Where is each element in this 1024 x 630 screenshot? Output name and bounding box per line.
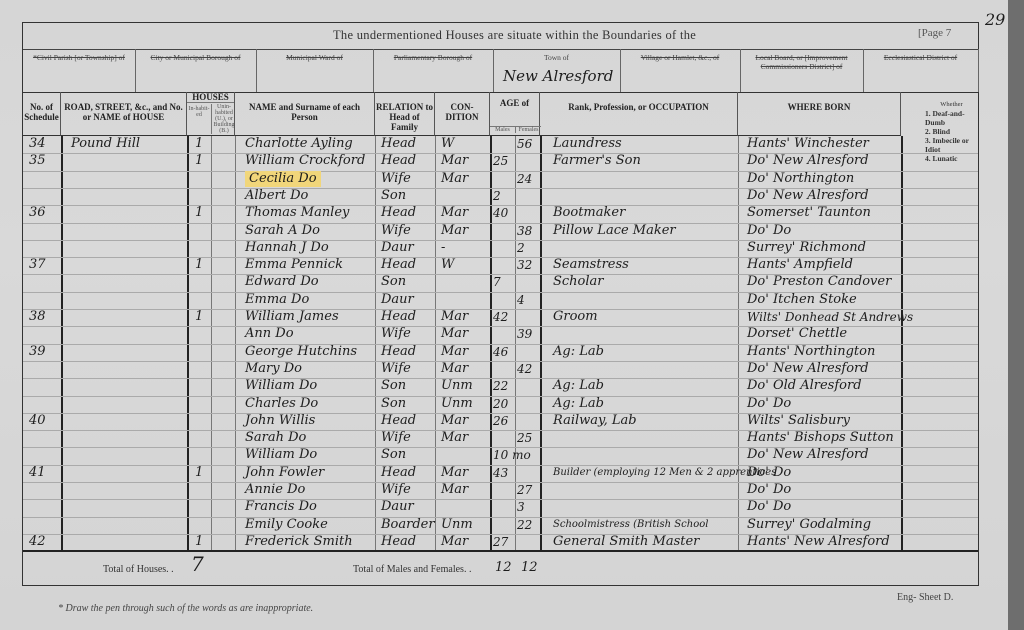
relation: Head <box>381 465 416 481</box>
schedule-number: 38 <box>29 309 46 325</box>
header-relation-label: RELATION to Head of Family <box>375 92 434 132</box>
male-age: 20 <box>493 396 508 412</box>
male-age: 25 <box>493 153 508 169</box>
table-row: William DoSonUnm22Ag: LabDo' Old Alresfo… <box>23 378 978 395</box>
relation: Wife <box>381 482 411 498</box>
location-cell: Ecclesiastical District of <box>863 49 979 92</box>
header-name-label: NAME and Surname of each Person <box>235 92 374 122</box>
table-row: William DoSon10 moDo' New Alresford <box>23 447 978 464</box>
table-row: Edward DoSon7ScholarDo' Preston Candover <box>23 274 978 291</box>
header-condition-label: CON-DITION <box>435 92 489 122</box>
where-born: Hants' Northington <box>747 344 875 360</box>
relation: Head <box>381 309 416 325</box>
schedule-number: 34 <box>29 136 46 152</box>
person-name: William Crockford <box>245 153 365 169</box>
condition: Mar <box>441 413 468 429</box>
relation: Wife <box>381 223 411 239</box>
header-condition: CON-DITION <box>435 92 490 136</box>
occupation: Railway, Lab <box>553 413 637 429</box>
occupation: Builder (employing 12 Men & 2 apprentice… <box>553 465 776 481</box>
schedule-number: 40 <box>29 413 46 429</box>
relation: Son <box>381 188 406 204</box>
schedule-number: 36 <box>29 205 46 221</box>
condition: Mar <box>441 465 468 481</box>
male-age: 43 <box>493 465 508 481</box>
table-row: 40John WillisHeadMar26Railway, LabWilts'… <box>23 413 978 430</box>
whether-title: Whether <box>925 100 978 109</box>
header-age-label: AGE of <box>490 92 539 108</box>
condition: Unm <box>441 378 473 394</box>
relation: Boarder <box>381 517 435 533</box>
where-born: Wilts' Salisbury <box>747 413 850 429</box>
table-row: 381William JamesHeadMar42GroomWilts' Don… <box>23 309 978 326</box>
relation: Son <box>381 447 406 463</box>
header-schedule-label: No. of Schedule <box>23 92 60 122</box>
header-inhabited: In-habit-ed <box>187 106 211 118</box>
table-row: 411John FowlerHeadMar43Builder (employin… <box>23 465 978 482</box>
table-row: Albert DoSon2Do' New Alresford <box>23 188 978 205</box>
form-title: The undermentioned Houses are situate wi… <box>333 28 696 43</box>
person-name: Charlotte Ayling <box>245 136 353 152</box>
person-name: Sarah A Do <box>245 223 320 239</box>
female-age: 24 <box>517 171 532 187</box>
table-row: 351William CrockfordHeadMar25Farmer's So… <box>23 153 978 170</box>
where-born: Do' Preston Candover <box>747 274 891 290</box>
condition: Unm <box>441 517 473 533</box>
occupation: Farmer's Son <box>553 153 641 169</box>
header-females: Females <box>515 126 541 133</box>
where-born: Somerset' Taunton <box>747 205 871 221</box>
table-row: Emily CookeBoarderUnm22Schoolmistress (B… <box>23 517 978 534</box>
where-born: Do' New Alresford <box>747 153 869 169</box>
schedule-number: 35 <box>29 153 46 169</box>
table-row: Hannah J DoDaur-2Surrey' Richmond <box>23 240 978 257</box>
male-age: 46 <box>493 344 508 360</box>
table-row: 361Thomas ManleyHeadMar40BootmakerSomers… <box>23 205 978 222</box>
condition: Mar <box>441 326 468 342</box>
female-age: 27 <box>517 482 532 498</box>
totals-row: Total of Houses. . 7 Total of Males and … <box>23 550 978 587</box>
location-cell: Parliamentary Borough of <box>373 49 494 92</box>
table-row: Emma DoDaur4Do' Itchen Stoke <box>23 292 978 309</box>
where-born: Do' Do <box>747 396 791 412</box>
male-age: 10 mo <box>493 447 531 463</box>
census-form: The undermentioned Houses are situate wi… <box>22 22 979 586</box>
inhabited-mark: 1 <box>195 534 203 550</box>
person-name: William Do <box>245 378 317 394</box>
total-houses-label: Total of Houses. . <box>103 564 174 575</box>
where-born: Do' Do <box>747 465 791 481</box>
total-females: 12 <box>521 560 538 576</box>
location-value: New Alresford <box>503 67 613 85</box>
female-age: 2 <box>517 240 525 256</box>
person-name: Hannah J Do <box>245 240 329 256</box>
where-born: Do' Do <box>747 482 791 498</box>
occupation: Ag: Lab <box>553 344 604 360</box>
header-road-label: ROAD, STREET, &c., and No. or NAME of HO… <box>61 92 186 122</box>
table-row: Francis DoDaur3Do' Do <box>23 499 978 516</box>
title-bar: The undermentioned Houses are situate wi… <box>23 23 978 50</box>
relation: Wife <box>381 430 411 446</box>
occupation: Scholar <box>553 274 604 290</box>
condition: Mar <box>441 223 468 239</box>
occupation: Ag: Lab <box>553 396 604 412</box>
condition: Mar <box>441 361 468 377</box>
header-schedule: No. of Schedule <box>23 92 61 136</box>
person-name: Francis Do <box>245 499 317 515</box>
where-born: Do' Northington <box>747 171 854 187</box>
relation: Head <box>381 136 416 152</box>
table-row: Charles DoSonUnm20Ag: LabDo' Do <box>23 396 978 413</box>
relation: Son <box>381 274 406 290</box>
header-age: AGE ofMalesFemales <box>490 92 540 136</box>
relation: Head <box>381 534 416 550</box>
footnote: * Draw the pen through such of the words… <box>58 603 313 614</box>
occupation: Groom <box>553 309 598 325</box>
location-cell: Village or Hamlet, &c., of <box>620 49 741 92</box>
relation: Daur <box>381 499 414 515</box>
male-age: 27 <box>493 534 508 550</box>
inhabited-mark: 1 <box>195 153 203 169</box>
location-cell: *Civil Parish [or Township] of <box>23 49 136 92</box>
where-born: Hants' Bishops Sutton <box>747 430 894 446</box>
female-age: 42 <box>517 361 532 377</box>
male-age: 26 <box>493 413 508 429</box>
male-age: 7 <box>493 274 501 290</box>
relation: Wife <box>381 361 411 377</box>
table-row: Cecilia DoWifeMar24Do' Northington <box>23 171 978 188</box>
where-born: Do' Do <box>747 223 791 239</box>
location-cell: Local Board, or [Improvement Commissione… <box>740 49 864 92</box>
where-born: Do' Do <box>747 499 791 515</box>
person-name: George Hutchins <box>245 344 357 360</box>
person-name: Emily Cooke <box>245 517 328 533</box>
condition: Mar <box>441 171 468 187</box>
relation: Wife <box>381 171 411 187</box>
inhabited-mark: 1 <box>195 465 203 481</box>
header-occupation: Rank, Profession, or OCCUPATION <box>540 92 738 136</box>
header-houses-label: HOUSES <box>187 92 234 103</box>
condition: Mar <box>441 482 468 498</box>
occupation: Ag: Lab <box>553 378 604 394</box>
header-males: Males <box>490 126 515 133</box>
inhabited-mark: 1 <box>195 309 203 325</box>
where-born: Surrey' Godalming <box>747 517 871 533</box>
person-name: Edward Do <box>245 274 319 290</box>
location-label: Village or Hamlet, &c., of <box>620 49 740 62</box>
person-name: Emma Do <box>245 292 309 308</box>
relation: Head <box>381 344 416 360</box>
relation: Daur <box>381 292 414 308</box>
schedule-number: 41 <box>29 465 46 481</box>
relation: Head <box>381 257 416 273</box>
male-age: 22 <box>493 378 508 394</box>
person-name: Albert Do <box>245 188 308 204</box>
male-age: 2 <box>493 188 501 204</box>
condition: Mar <box>441 153 468 169</box>
person-name: Frederick Smith <box>245 534 353 550</box>
female-age: 3 <box>517 499 525 515</box>
person-name: Mary Do <box>245 361 302 377</box>
table-row: 34Pound Hill1Charlotte AylingHeadW56Laun… <box>23 136 978 153</box>
location-label: Ecclesiastical District of <box>863 49 978 62</box>
female-age: 39 <box>517 326 532 342</box>
location-label: Town of <box>493 49 620 62</box>
person-name: Annie Do <box>245 482 305 498</box>
occupation: Seamstress <box>553 257 629 273</box>
sheet-label: Eng- Sheet D. <box>897 592 953 603</box>
header-occupation-label: Rank, Profession, or OCCUPATION <box>540 92 737 112</box>
where-born: Do' New Alresford <box>747 361 869 377</box>
person-name: William Do <box>245 447 317 463</box>
total-males: 12 <box>495 560 512 576</box>
occupation: Pillow Lace Maker <box>553 223 676 239</box>
location-label: Municipal Ward of <box>256 49 373 62</box>
table-row: Mary DoWifeMar42Do' New Alresford <box>23 361 978 378</box>
occupation: General Smith Master <box>553 534 699 550</box>
location-label: Local Board, or [Improvement Commissione… <box>740 49 863 71</box>
person-name: Sarah Do <box>245 430 306 446</box>
female-age: 25 <box>517 430 532 446</box>
table-row: Ann DoWifeMar39Dorset' Chettle <box>23 326 978 343</box>
total-persons-label: Total of Males and Females. . <box>353 564 471 575</box>
whether-item: 1. Deaf-and-Dumb <box>925 109 978 127</box>
header-uninhabited: Unin-habited (U.), or Building (B.) <box>211 104 236 134</box>
relation: Son <box>381 378 406 394</box>
header-where-born-label: WHERE BORN <box>738 92 900 112</box>
location-label: Parliamentary Borough of <box>373 49 493 62</box>
where-born: Hants' Ampfield <box>747 257 853 273</box>
person-name: Emma Pennick <box>245 257 343 273</box>
where-born: Do' Old Alresford <box>747 378 862 394</box>
condition: Unm <box>441 396 473 412</box>
female-age: 22 <box>517 517 532 533</box>
female-age: 4 <box>517 292 525 308</box>
condition: W <box>441 136 454 152</box>
condition: - <box>441 240 445 256</box>
condition: Mar <box>441 344 468 360</box>
page-edge <box>1008 0 1024 630</box>
table-row: 371Emma PennickHeadW32SeamstressHants' A… <box>23 257 978 274</box>
person-name: Thomas Manley <box>245 205 349 221</box>
person-name: Ann Do <box>245 326 294 342</box>
person-name: Cecilia Do <box>245 171 321 187</box>
location-label: City or Municipal Borough of <box>135 49 256 62</box>
table-row: 421Frederick SmithHeadMar27General Smith… <box>23 534 978 551</box>
page-label: [Page 7 <box>918 27 951 39</box>
where-born: Hants' Winchester <box>747 136 869 152</box>
occupation: Bootmaker <box>553 205 625 221</box>
schedule-number: 39 <box>29 344 46 360</box>
header-houses: HOUSESIn-habit-edUnin-habited (U.), or B… <box>187 92 235 136</box>
whether-item: 2. Blind <box>925 127 978 136</box>
inhabited-mark: 1 <box>195 136 203 152</box>
schedule-number: 37 <box>29 257 46 273</box>
female-age: 32 <box>517 257 532 273</box>
person-name: William James <box>245 309 339 325</box>
table-row: Sarah A DoWifeMar38Pillow Lace MakerDo' … <box>23 223 978 240</box>
male-age: 40 <box>493 205 508 221</box>
person-name: John Willis <box>245 413 315 429</box>
person-name: Charles Do <box>245 396 318 412</box>
location-row: *Civil Parish [or Township] ofCity or Mu… <box>23 49 978 93</box>
location-cell: Municipal Ward of <box>256 49 374 92</box>
condition: Mar <box>441 309 468 325</box>
where-born: Do' Itchen Stoke <box>747 292 857 308</box>
where-born: Wilts' Donhead St Andrews <box>747 309 913 325</box>
male-age: 42 <box>493 309 508 325</box>
inhabited-mark: 1 <box>195 257 203 273</box>
relation: Daur <box>381 240 414 256</box>
condition: Mar <box>441 430 468 446</box>
where-born: Hants' New Alresford <box>747 534 890 550</box>
relation: Wife <box>381 326 411 342</box>
occupation: Schoolmistress (British School <box>553 517 708 533</box>
header-relation: RELATION to Head of Family <box>375 92 435 136</box>
occupation: Laundress <box>553 136 622 152</box>
where-born: Do' New Alresford <box>747 188 869 204</box>
female-age: 38 <box>517 223 532 239</box>
condition: Mar <box>441 205 468 221</box>
inhabited-mark: 1 <box>195 205 203 221</box>
header-name: NAME and Surname of each Person <box>235 92 375 136</box>
table-row: 39George HutchinsHeadMar46Ag: LabHants' … <box>23 344 978 361</box>
road-name: Pound Hill <box>71 136 140 152</box>
location-cell: Town ofNew Alresford <box>493 49 621 92</box>
relation: Head <box>381 153 416 169</box>
person-name: John Fowler <box>245 465 324 481</box>
header-road: ROAD, STREET, &c., and No. or NAME of HO… <box>61 92 187 136</box>
condition: W <box>441 257 454 273</box>
handwritten-page-number: 29 <box>985 10 1005 29</box>
total-houses-value: 7 <box>191 556 204 572</box>
table-row: Annie DoWifeMar27Do' Do <box>23 482 978 499</box>
header-where-born: WHERE BORN <box>738 92 901 136</box>
relation: Head <box>381 413 416 429</box>
condition: Mar <box>441 534 468 550</box>
where-born: Surrey' Richmond <box>747 240 866 256</box>
schedule-number: 42 <box>29 534 46 550</box>
relation: Head <box>381 205 416 221</box>
table-row: Sarah DoWifeMar25Hants' Bishops Sutton <box>23 430 978 447</box>
location-cell: City or Municipal Borough of <box>135 49 257 92</box>
where-born: Do' New Alresford <box>747 447 869 463</box>
relation: Son <box>381 396 406 412</box>
where-born: Dorset' Chettle <box>747 326 847 342</box>
female-age: 56 <box>517 136 532 152</box>
location-label: *Civil Parish [or Township] of <box>23 49 135 62</box>
